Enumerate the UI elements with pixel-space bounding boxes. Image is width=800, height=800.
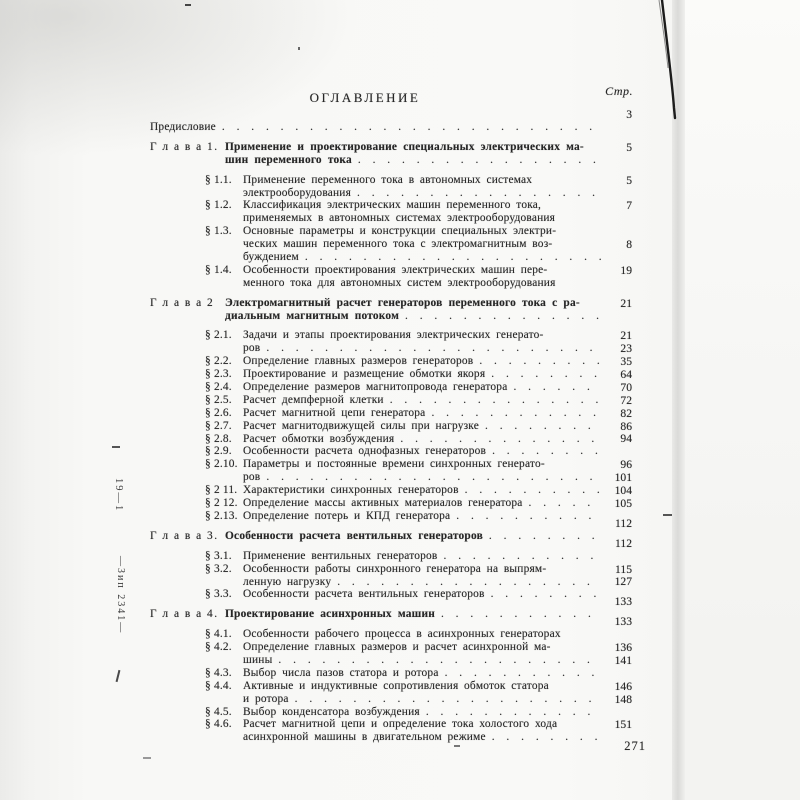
toc-entry: § 1.1.Применение переменного тока в авто…	[150, 174, 632, 200]
leader-dots: . . . . . . . . . . . . . . . . . . . . …	[278, 654, 601, 667]
margin-signature-mark-top: 19—1	[113, 478, 124, 512]
leader-dots: . . . . . . . . . . . . . . . . . . . . …	[337, 576, 601, 589]
leader-dots: . . . . . . . . . . . . . . . . . . . . …	[479, 355, 601, 368]
section-label: § 2.3.	[205, 368, 232, 380]
entry-text: Проектирование и размещение обмотки якор…	[243, 368, 485, 381]
entry-text: Выбор конденсатора возбуждения	[243, 706, 420, 719]
toc-entry: § 2.2.Определение главных размеров генер…	[150, 355, 632, 368]
toc-entry: § 4.3.Выбор числа пазов статора и ротора…	[150, 667, 632, 680]
entry-text: Расчет магнитной цепи и определение тока…	[243, 718, 557, 731]
section-label: § 1.4.	[205, 264, 232, 276]
entry-page-number: 5	[604, 142, 632, 155]
entry-text: ленную нагрузку	[243, 576, 331, 589]
entry-text: и ротора	[243, 693, 289, 706]
entry-text: Характеристики синхронных генераторов	[243, 484, 459, 497]
entry-text: Параметры и постоянные времени синхронны…	[243, 458, 545, 471]
toc-entry: § 4.4.Активные и индуктивные сопротивлен…	[150, 680, 632, 706]
section-label: § 4.2.	[205, 641, 232, 653]
scan-artifact	[454, 745, 460, 747]
toc-entry: § 2.8.Расчет обмотки возбуждения. . . . …	[150, 433, 632, 446]
leader-dots: . . . . . . . . . . . . . . . . . . . . …	[485, 420, 601, 433]
leader-dots: . . . . . . . . . . . . . . . . . . . . …	[266, 342, 601, 355]
section-label: § 3.3.	[205, 588, 232, 600]
page-edge-scratch-line	[650, 0, 690, 135]
entry-text: Расчет демпферной клетки	[243, 394, 384, 407]
entry-text: ров	[243, 471, 260, 484]
section-label: § 2.6.	[205, 407, 232, 419]
entry-text: Электромагнитный расчет генераторов пере…	[225, 297, 580, 310]
leader-dots: . . . . . . . . . . . . . . . . . . . . …	[222, 121, 601, 134]
leader-dots: . . . . . . . . . . . . . . . . . . . . …	[513, 381, 601, 394]
leader-dots: . . . . . . . . . . . . . . . . . . . . …	[305, 251, 601, 264]
page-column-header: Стр.	[605, 84, 633, 99]
entry-page-number: 105	[604, 498, 632, 511]
entry-text: ческих машин переменного тока с электром…	[243, 238, 552, 251]
entry-page-number: 112	[604, 518, 632, 531]
entry-text: Расчет магнитодвижущей силы при нагрузке	[243, 420, 479, 433]
entry-text: Применение переменного тока в автономных…	[243, 174, 532, 187]
entry-page-number: 3	[604, 109, 632, 122]
section-label: § 2.13.	[205, 510, 238, 522]
toc-entry: § 2.10.Параметры и постоянные времени си…	[150, 458, 632, 484]
section-label: § 4.5.	[205, 706, 232, 718]
toc-entry: § 4.5.Выбор конденсатора возбуждения. . …	[150, 706, 632, 719]
book-page-number: 271	[624, 739, 646, 754]
entry-text: асинхронной машины в двигательном режиме	[243, 731, 486, 744]
entry-text: Предисловие	[150, 121, 216, 134]
leader-dots: . . . . . . . . . . . . . . . . . . . . …	[445, 667, 601, 680]
leader-dots: . . . . . . . . . . . . . . . . . . . . …	[431, 407, 601, 420]
section-label: § 2.1.	[205, 329, 232, 341]
section-label: § 4.1.	[205, 628, 232, 640]
entry-text: шины	[243, 654, 272, 667]
entry-text: Задачи и этапы проектирования электричес…	[243, 329, 543, 342]
section-label: § 4.6.	[205, 718, 232, 730]
scan-artifact	[185, 4, 191, 6]
leader-dots: . . . . . . . . . . . . . . . . . . . . …	[357, 187, 601, 200]
section-label: § 1.2.	[205, 199, 232, 211]
toc-entry: Г л а в а 1.Применение и проектирование …	[150, 141, 632, 167]
toc-entry: § 1.4.Особенности проектирования электри…	[150, 264, 632, 290]
leader-dots: . . . . . . . . . . . . . . . . . . . . …	[492, 731, 601, 744]
table-of-contents: Предисловие. . . . . . . . . . . . . . .…	[150, 121, 632, 744]
entry-page-number: 133	[604, 616, 632, 629]
scan-artifact	[298, 47, 300, 50]
entry-text: буждением	[243, 251, 299, 264]
leader-dots: . . . . . . . . . . . . . . . . . . . . …	[390, 394, 601, 407]
leader-dots: . . . . . . . . . . . . . . . . . . . . …	[400, 433, 601, 446]
entry-page-number: 133	[604, 596, 632, 609]
entry-text: Особенности рабочего процесса в асинхрон…	[243, 628, 561, 641]
entry-text: Активные и индуктивные сопротивления обм…	[243, 680, 549, 693]
section-label: § 2.7.	[205, 420, 232, 432]
toc-entry: § 2.1.Задачи и этапы проектирования элек…	[150, 329, 632, 355]
toc-entry: § 2.7.Расчет магнитодвижущей силы при на…	[150, 420, 632, 433]
entry-text: Особенности проектирования электрических…	[243, 264, 547, 277]
section-label: § 4.4.	[205, 680, 232, 692]
entry-text: ров	[243, 342, 260, 355]
entry-text: Определение главных размеров генераторов	[243, 355, 473, 368]
toc-entry: Г л а в а 2Электромагнитный расчет генер…	[150, 297, 632, 323]
entry-page-number: 141	[604, 655, 632, 668]
entry-text: Классификация электрических машин переме…	[243, 199, 541, 212]
scan-artifact	[112, 446, 120, 448]
section-label: § 1.3.	[205, 225, 232, 237]
leader-dots: . . . . . . . . . . . . . . . . . . . . …	[491, 368, 601, 381]
toc-entry: § 3.1.Применение вентильных генераторов.…	[150, 550, 632, 563]
entry-text: Определение массы активных материалов ге…	[243, 497, 523, 510]
section-label: § 2 11.	[205, 484, 237, 496]
toc-entry: § 2 12.Определение массы активных матери…	[150, 497, 632, 510]
section-label: § 1.1.	[205, 174, 232, 186]
leader-dots: . . . . . . . . . . . . . . . . . . . . …	[295, 693, 601, 706]
toc-entry: § 2.6.Расчет магнитной цепи генератора. …	[150, 407, 632, 420]
entry-text: Расчет магнитной цепи генератора	[243, 407, 425, 420]
entry-text: Определение потерь и КПД генератора	[243, 510, 450, 523]
toc-entry: Предисловие. . . . . . . . . . . . . . .…	[150, 121, 632, 134]
leader-dots: . . . . . . . . . . . . . . . . . . . . …	[491, 588, 601, 601]
toc-entry: § 2.9.Особенности расчета однофазных ген…	[150, 445, 632, 458]
section-label: § 2.8.	[205, 433, 232, 445]
toc-entry: § 2 11.Характеристики синхронных генерат…	[150, 484, 632, 497]
entry-text: Особенности расчета вентильных генератор…	[225, 530, 483, 543]
entry-page-number: 112	[604, 538, 632, 551]
entry-text: Определение главных размеров и расчет ас…	[243, 641, 551, 654]
section-label: § 2.9.	[205, 445, 232, 457]
entry-text: Основные параметры и конструкции специал…	[243, 225, 556, 238]
entry-text: диальным магнитным потоком	[225, 310, 399, 323]
toc-entry: § 1.3.Основные параметры и конструкции с…	[150, 225, 632, 264]
chapter-label: Г л а в а 2	[150, 297, 214, 309]
entry-text: Применение и проектирование специальных …	[225, 141, 584, 154]
section-label: § 3.1.	[205, 550, 232, 562]
toc-entry: § 3.3.Особенности расчета вентильных ген…	[150, 588, 632, 601]
entry-text: шин переменного тока	[225, 154, 352, 167]
entry-page-number: 94	[604, 433, 632, 446]
entry-text: менного тока для автономных систем элект…	[243, 277, 556, 290]
entry-text: Проектирование асинхронных машин	[225, 608, 435, 621]
leader-dots: . . . . . . . . . . . . . . . . . . . . …	[358, 154, 601, 167]
leader-dots: . . . . . . . . . . . . . . . . . . . . …	[444, 550, 601, 563]
entry-text: Особенности расчета вентильных генератор…	[243, 588, 485, 601]
toc-entry: § 2.4.Определение размеров магнитопровод…	[150, 381, 632, 394]
scan-artifact	[143, 757, 151, 759]
leader-dots: . . . . . . . . . . . . . . . . . . . . …	[266, 471, 601, 484]
section-label: § 2.10.	[205, 458, 238, 470]
entry-page-number: 127	[604, 576, 632, 589]
entry-text: Определение размеров магнитопровода гене…	[243, 381, 507, 394]
toc-entry: § 3.2.Особенности работы синхронного ген…	[150, 563, 632, 589]
section-label: § 4.3.	[205, 667, 232, 679]
margin-signature-mark-bottom: —Зип 2341—	[115, 556, 126, 634]
section-label: § 2 12.	[205, 497, 238, 509]
scan-artifact	[663, 514, 672, 516]
entry-page-number: 7	[604, 200, 632, 213]
entry-text: Расчет обмотки возбуждения	[243, 433, 394, 446]
scanner-bed-area	[685, 0, 800, 800]
toc-entry: § 2.3.Проектирование и размещение обмотк…	[150, 368, 632, 381]
chapter-label: Г л а в а 1.	[150, 141, 219, 153]
toc-entry: Г л а в а 4.Проектирование асинхронных м…	[150, 608, 632, 621]
entry-text: Особенности расчета однофазных генератор…	[243, 445, 486, 458]
toc-entry: § 4.1.Особенности рабочего процесса в ас…	[150, 628, 632, 641]
entry-text: Применение вентильных генераторов	[243, 550, 438, 563]
entry-text: Выбор числа пазов статора и ротора	[243, 667, 439, 680]
leader-dots: . . . . . . . . . . . . . . . . . . . . …	[405, 310, 601, 323]
toc-entry: § 1.2.Классификация электрических машин …	[150, 199, 632, 225]
entry-page-number: 8	[604, 239, 632, 252]
page-title: ОГЛАВЛЕНИЕ	[125, 90, 605, 106]
leader-dots: . . . . . . . . . . . . . . . . . . . . …	[456, 510, 601, 523]
leader-dots: . . . . . . . . . . . . . . . . . . . . …	[465, 484, 601, 497]
entry-page-number: 19	[604, 265, 632, 278]
leader-dots: . . . . . . . . . . . . . . . . . . . . …	[492, 445, 601, 458]
toc-entry: Г л а в а 3.Особенности расчета вентильн…	[150, 530, 632, 543]
toc-entry: § 4.2.Определение главных размеров и рас…	[150, 641, 632, 667]
leader-dots: . . . . . . . . . . . . . . . . . . . . …	[489, 530, 601, 543]
section-label: § 3.2.	[205, 563, 232, 575]
entry-text: применяемых в автономных системах электр…	[243, 212, 555, 225]
toc-entry: § 2.5.Расчет демпферной клетки. . . . . …	[150, 394, 632, 407]
toc-entry: § 4.6.Расчет магнитной цепи и определени…	[150, 718, 632, 744]
chapter-label: Г л а в а 4.	[150, 608, 219, 620]
entry-page-number: 21	[604, 298, 632, 311]
leader-dots: . . . . . . . . . . . . . . . . . . . . …	[529, 497, 601, 510]
leader-dots: . . . . . . . . . . . . . . . . . . . . …	[441, 608, 601, 621]
toc-entry: § 2.13.Определение потерь и КПД генерато…	[150, 510, 632, 523]
section-label: § 2.4.	[205, 381, 232, 393]
section-label: § 2.5.	[205, 394, 232, 406]
entry-text: электрооборудования	[243, 187, 351, 200]
entry-page-number: 151	[604, 719, 632, 732]
entry-text: Особенности работы синхронного генератор…	[243, 563, 546, 576]
chapter-label: Г л а в а 3.	[150, 530, 219, 542]
section-label: § 2.2.	[205, 355, 232, 367]
entry-page-number: 148	[604, 694, 632, 707]
leader-dots: . . . . . . . . . . . . . . . . . . . . …	[426, 706, 601, 719]
entry-page-number: 5	[604, 175, 632, 188]
